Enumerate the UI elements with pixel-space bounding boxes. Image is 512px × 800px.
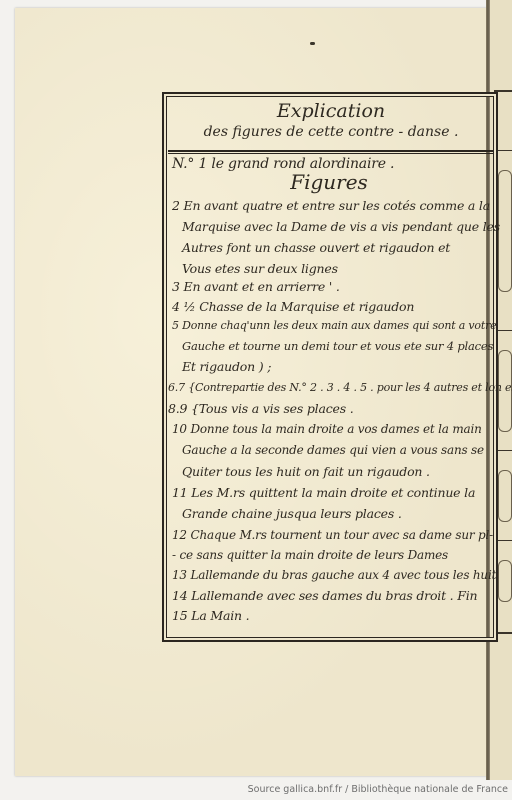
page-title: Explication [168,100,494,122]
adjacent-frame-divider [496,330,512,331]
text-line: 8.9 {Tous vis a vis ses places . [168,401,353,416]
text-line: 13 Lallemande du bras gauche aux 4 avec … [172,568,496,582]
text-line: - ce sans quitter la main droite de leur… [172,548,448,562]
text-line: 15 La Main . [172,608,249,623]
text-line: Quiter tous les huit on fait un rigaudon… [182,464,430,479]
document-viewer: Explication des figures de cette contre … [0,0,512,800]
text-line: Grande chaine jusqua leurs places . [182,506,402,521]
text-line: Et rigaudon ) ; [182,359,271,374]
page-subtitle: des figures de cette contre - danse . [168,124,494,140]
title-panel: Explication des figures de cette contre … [168,98,494,152]
text-line: 4 ½ Chasse de la Marquise et rigaudon [172,299,414,314]
text-line: Gauche a la seconde dames qui vien a vou… [182,443,484,457]
adjacent-frame-divider [496,150,512,151]
text-line: 3 En avant et en arrierre ' . [172,279,340,294]
adjacent-frame-divider [496,540,512,541]
text-line: 5 Donne chaq'unn les deux main aux dames… [172,319,496,332]
ink-mark [310,42,315,45]
text-line: Marquise avec la Dame de vis a vis penda… [182,219,500,234]
divider [168,153,494,154]
text-line: 2 En avant quatre et entre sur les cotés… [172,198,490,213]
text-line: 12 Chaque M.rs tournent un tour avec sa … [172,528,493,542]
dance-diagram-icon [498,170,512,292]
dance-diagram-icon [498,470,512,522]
text-line: 10 Donne tous la main droite a vos dames… [172,422,482,436]
text-line: Vous etes sur deux lignes [182,261,338,276]
source-attribution: Source gallica.bnf.fr / Bibliothèque nat… [248,784,508,795]
figures-heading: Figures [168,170,490,194]
text-line: Autres font un chasse ouvert et rigaudon… [182,240,450,255]
text-line: 14 Lallemande avec ses dames du bras dro… [172,588,477,603]
dance-diagram-icon [498,560,512,602]
text-line: 6.7 {Contrepartie des N.° 2 . 3 . 4 . 5 … [168,381,512,394]
adjacent-frame-divider [496,450,512,451]
text-line: 11 Les M.rs quittent la main droite et c… [172,485,475,500]
text-line: Gauche et tourne un demi tour et vous et… [182,339,493,353]
